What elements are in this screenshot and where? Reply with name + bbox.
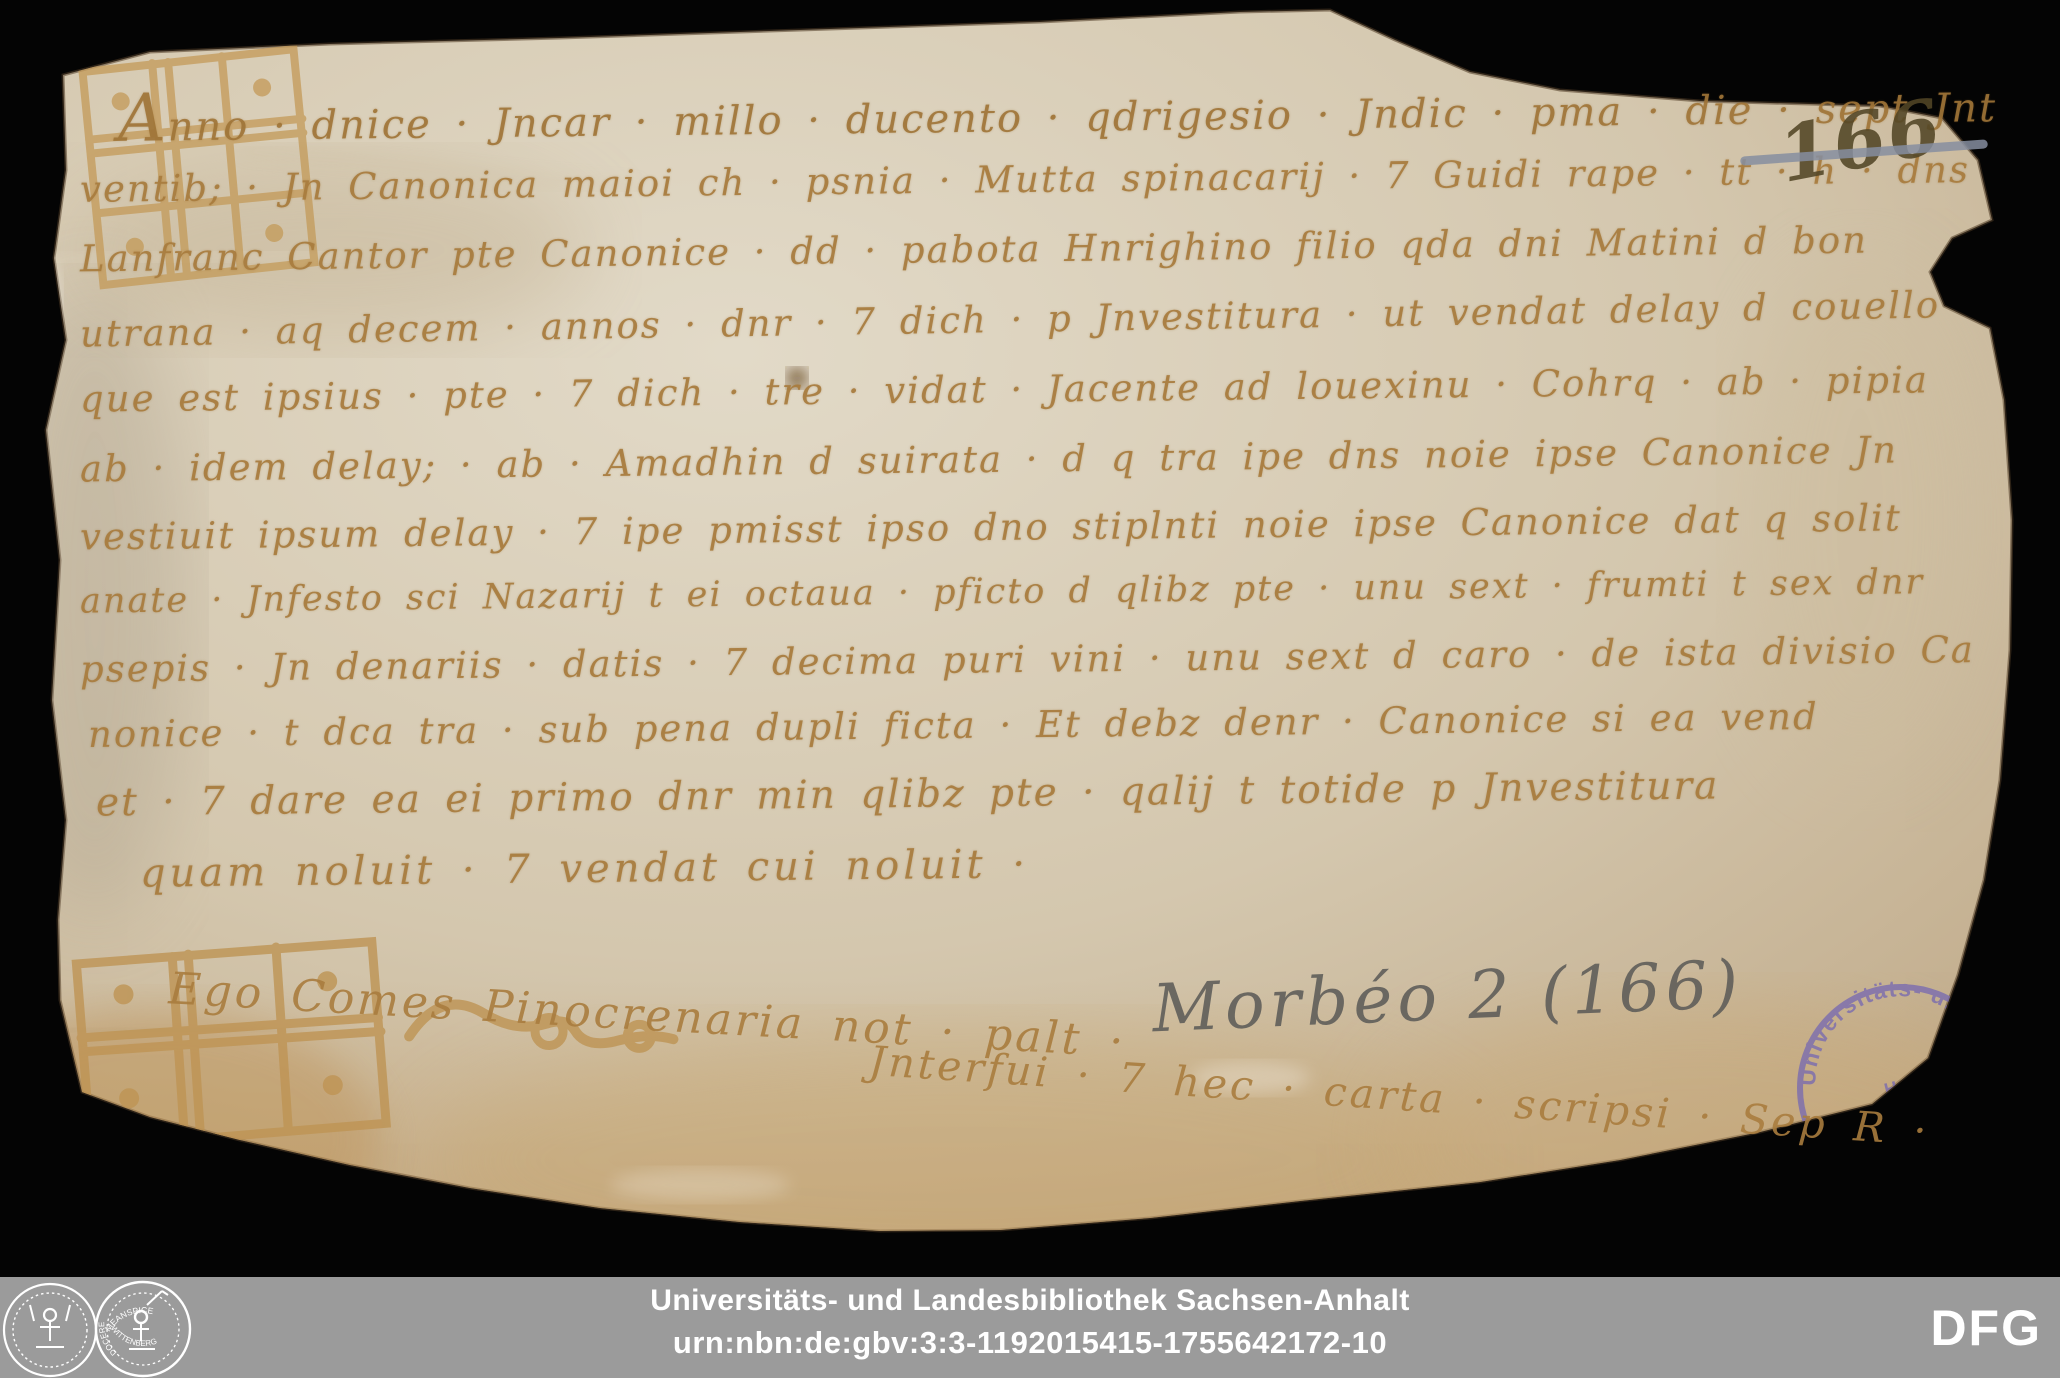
- svg-text:WITTENBERG: WITTENBERG: [109, 1324, 158, 1348]
- scan-page: Universitäts- u. Landesbibliothek Halle/…: [0, 0, 2060, 1378]
- footer-text-block: Universitäts- und Landesbibliothek Sachs…: [230, 1284, 1830, 1361]
- university-seals: MEANSPICE WITTENBERG DOCERE: [0, 1277, 230, 1378]
- footer-urn: urn:nbn:de:gbv:3:3-1192015415-1755642172…: [230, 1325, 1830, 1361]
- seal-right: MEANSPICE WITTENBERG DOCERE: [96, 1282, 190, 1376]
- dfg-logo: DFG: [1930, 1299, 2042, 1357]
- parchment-image: Universitäts- u. Landesbibliothek Halle/…: [0, 0, 2060, 1378]
- footer-bar: MEANSPICE WITTENBERG DOCERE Universitäts…: [0, 1277, 2060, 1378]
- footer-library-name: Universitäts- und Landesbibliothek Sachs…: [230, 1284, 1830, 1318]
- ink-blot: [787, 368, 807, 388]
- seal-right-bottom-text: WITTENBERG: [109, 1324, 158, 1348]
- seal-left: [4, 1284, 96, 1376]
